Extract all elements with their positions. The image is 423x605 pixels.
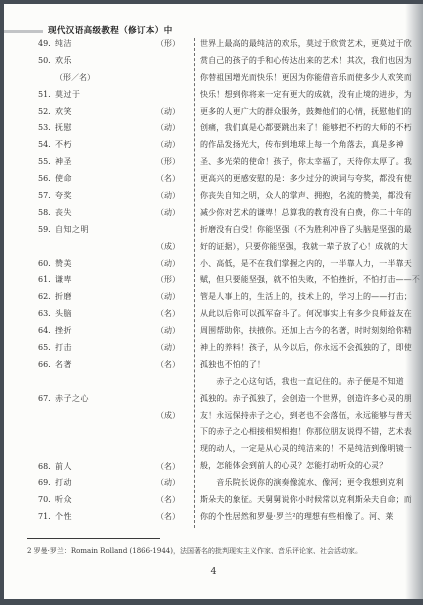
- vocab-item: 68. 前人 （名）: [38, 459, 180, 476]
- vocab-number: 51.: [38, 87, 55, 104]
- page-number: 4: [4, 566, 423, 577]
- vocab-number: 66.: [38, 357, 55, 374]
- vocab-word: 听众: [55, 492, 72, 509]
- vocab-number: 54.: [38, 137, 55, 154]
- text-line: 下的赤子之心相接相契相抱！你那位朋友说得不错，艺术表: [200, 424, 414, 441]
- vocab-pos: （名）: [156, 357, 180, 374]
- vocab-item: 53. 抚慰 （动）: [38, 120, 180, 137]
- vocab-number: 64.: [38, 323, 55, 340]
- vocab-item: 71. 个性 （名）: [38, 509, 180, 526]
- vocab-number: 67.: [38, 391, 55, 408]
- vocab-row: 52. 欢笑 （动）: [38, 104, 180, 121]
- vocab-item: 55. 神圣 （形）: [38, 154, 180, 171]
- text-line: 赤子之心这句话，我也一直记住的。赤子便是不知道: [200, 374, 414, 391]
- vocab-pos: （动）: [156, 205, 180, 222]
- vocab-word: 前人: [55, 459, 72, 476]
- vocab-number: 58.: [38, 205, 55, 222]
- vocab-row: 68. 前人 （名）: [38, 459, 180, 476]
- vocab-number: 71.: [38, 509, 55, 526]
- text-line: 赋，但只要能坚强，就不怕失败，不怕挫折，不怕打击——不: [200, 272, 414, 289]
- vocab-list: 49. 纯洁 （形） 50. 欢乐 （形／名）: [38, 36, 180, 526]
- vocab-pos: （名）: [156, 171, 180, 188]
- vocab-pos: （形）: [156, 154, 180, 171]
- vocab-word: 折磨: [55, 289, 72, 306]
- vocab-item: 69. 打动 （动）: [38, 475, 180, 492]
- text-line: 的作品发扬光大，传布到地球上每一个角落去，真是多神: [200, 137, 414, 154]
- vocab-word: 欢笑: [55, 104, 72, 121]
- vocab-word: 头脑: [55, 306, 72, 323]
- vocab-item: 63. 头脑 （名）: [38, 306, 180, 323]
- text-line: 你的个性居然和罗曼·罗兰²的理想有些相像了。河、莱: [200, 509, 414, 526]
- vocab-number: 60.: [38, 256, 55, 273]
- vocab-number: 61.: [38, 272, 55, 289]
- vocab-number: 53.: [38, 120, 55, 137]
- vocab-word: 欢乐: [55, 53, 72, 70]
- vocab-number: 49.: [38, 36, 55, 53]
- text-line: 周围帮助你，扶掖你。还加上古今的名著，时时刻刻给你精: [200, 323, 414, 340]
- vocab-row: 63. 头脑 （名）: [38, 306, 180, 323]
- vocab-item: 50. 欢乐 （形／名）: [38, 53, 180, 87]
- book-page: 现代汉语高级教程（修订本）中 49. 纯洁 （形） 50. 欢乐: [4, 4, 423, 599]
- vocab-pos: （名）: [156, 306, 180, 323]
- vocab-word: 丧失: [55, 205, 72, 222]
- vocab-word: 莫过于: [55, 87, 81, 104]
- vocab-item: 60. 赞美 （动）: [38, 256, 180, 273]
- vocab-pos: （动）: [156, 104, 180, 121]
- vocab-item: 52. 欢笑 （动）: [38, 104, 180, 121]
- book-title-header: 现代汉语高级教程（修订本）中: [48, 24, 173, 36]
- vocab-item: 59. 自知之明 （成）: [38, 222, 180, 256]
- vocab-row: 54. 不朽 （动）: [38, 137, 180, 154]
- text-line: 孤独的。赤子孤独了，会创造一个世界，创造许多心灵的朋: [200, 391, 414, 408]
- vocab-row: 66. 名著 （名）: [38, 357, 180, 374]
- vocab-pos: （动）: [156, 120, 180, 137]
- vocab-item: 58. 丧失 （动）: [38, 205, 180, 222]
- vocab-pos-subline: （成）: [38, 239, 180, 256]
- vocab-row: 65. 打击 （动）: [38, 340, 180, 357]
- vocab-row: 64. 挫折 （动）: [38, 323, 180, 340]
- vocab-pos: （动）: [156, 289, 180, 306]
- column-divider-dashed-line: [194, 38, 195, 528]
- vocab-word: 打动: [55, 475, 72, 492]
- vocab-word: 使命: [55, 171, 72, 188]
- book-scan-screen: 现代汉语高级教程（修订本）中 49. 纯洁 （形） 50. 欢乐: [0, 0, 423, 605]
- vocab-word: 神圣: [55, 154, 72, 171]
- text-line: 孤独也不怕的了！: [200, 357, 414, 374]
- vocab-number: 59.: [38, 222, 55, 239]
- text-line: 快乐！想到你将来一定有更大的成就，没有止境的进步，为: [200, 87, 414, 104]
- vocab-row: 51. 莫过于: [38, 87, 180, 104]
- vocab-row: 49. 纯洁 （形）: [38, 36, 180, 53]
- vocab-number: 62.: [38, 289, 55, 306]
- vocab-number: 57.: [38, 188, 55, 205]
- text-line: 斯朵夫的象征。天舅舅说你小时候常以克利斯朵夫自命；而: [200, 492, 414, 509]
- vocab-row: 67. 赤子之心: [38, 391, 180, 408]
- text-line: 小、高低，是不在我们掌握之内的，一半靠人力，一半靠天: [200, 256, 414, 273]
- vocab-pos-subline: （形／名）: [38, 70, 180, 87]
- vocab-row: 50. 欢乐: [38, 53, 180, 70]
- vocab-number: 50.: [38, 53, 55, 70]
- vocab-row: 71. 个性 （名）: [38, 509, 180, 526]
- footnote: 2 罗曼·罗兰：Romain Rolland (1866-1944)，法国著名的…: [27, 546, 413, 557]
- vocab-row: 62. 折磨 （动）: [38, 289, 180, 306]
- vocab-item: 66. 名著 （名）: [38, 357, 180, 374]
- text-line: 更高兴的更感安慰的是：多少过分的谀词与夸奖，都没有使: [200, 171, 414, 188]
- vocab-pos: （动）: [156, 137, 180, 154]
- vocab-pos: （名）: [156, 509, 180, 526]
- vocab-row: 70. 听众 （名）: [38, 492, 180, 509]
- vocab-row: 61. 谦卑 （形）: [38, 272, 180, 289]
- vocab-number: 52.: [38, 104, 55, 121]
- vocab-number: 70.: [38, 492, 55, 509]
- vocab-word: 抚慰: [55, 120, 72, 137]
- vocab-row: 55. 神圣 （形）: [38, 154, 180, 171]
- vocab-pos: （形）: [156, 272, 180, 289]
- vocab-pos: （名）: [156, 492, 180, 509]
- vocab-pos: （动）: [156, 188, 180, 205]
- vocab-word: 个性: [55, 509, 72, 526]
- text-line: 你替祖国增光而快乐！更因为你能借音乐而使多少人欢笑而: [200, 70, 414, 87]
- vocab-item: 61. 谦卑 （形）: [38, 272, 180, 289]
- text-line: 世界上最高的最纯洁的欢乐，莫过于欣赏艺术，更莫过于欣: [200, 36, 414, 53]
- vocab-number: 63.: [38, 306, 55, 323]
- vocab-item: 62. 折磨 （动）: [38, 289, 180, 306]
- vocab-row: 53. 抚慰 （动）: [38, 120, 180, 137]
- vocab-word: 谦卑: [55, 272, 72, 289]
- vocab-item: 70. 听众 （名）: [38, 492, 180, 509]
- footnote-rule: [27, 538, 160, 539]
- vocab-word: 名著: [55, 357, 72, 374]
- text-line: 好的证据），只要你能坚强，我就一辈子放了心！成就的大: [200, 239, 414, 256]
- vocab-row: 59. 自知之明: [38, 222, 180, 239]
- vocab-pos: （名）: [156, 459, 180, 476]
- vocab-item: 49. 纯洁 （形）: [38, 36, 180, 53]
- text-line: 创痛，我们真是心都要跳出来了！能够把不朽的大师的不朽: [200, 120, 414, 137]
- vocab-number: 69.: [38, 475, 55, 492]
- vocab-pos: （动）: [156, 475, 180, 492]
- text-line: 圣、多光荣的使命！孩子，你太幸福了，天待你太厚了。我: [200, 154, 414, 171]
- text-line: 减少你对艺术的谦卑！总算我的教育没有白费，你二十年的: [200, 205, 414, 222]
- header-rule: [4, 30, 43, 33]
- text-line: 般，怎能体会到前人的心灵？怎能打动听众的心灵？: [200, 458, 414, 475]
- vocab-word: 打击: [55, 340, 72, 357]
- text-line: 从此以后你可以孤军奋斗了。何况事实上有多少良师益友在: [200, 306, 414, 323]
- vocab-pos-subline: （成）: [38, 408, 180, 425]
- vocab-pos: （动）: [156, 340, 180, 357]
- vocab-number: 55.: [38, 154, 55, 171]
- main-text-column: 世界上最高的最纯洁的欢乐，莫过于欣赏艺术，更莫过于欣 赏自己的孩子的手和心传达出…: [200, 36, 414, 526]
- vocab-row: 60. 赞美 （动）: [38, 256, 180, 273]
- vocab-pos: （动）: [156, 256, 180, 273]
- vocab-row: 69. 打动 （动）: [38, 475, 180, 492]
- vocab-item: 51. 莫过于: [38, 87, 180, 104]
- vocab-row: 57. 夸奖 （动）: [38, 188, 180, 205]
- text-line: 更多的人更广大的群众服务，鼓舞他们的心情，抚慰他们的: [200, 104, 414, 121]
- vocab-word: 不朽: [55, 137, 72, 154]
- vocab-word: 赤子之心: [55, 391, 89, 408]
- vocab-row: 56. 使命 （名）: [38, 171, 180, 188]
- vocab-pos: （动）: [156, 323, 180, 340]
- text-line: 赏自己的孩子的手和心传达出来的艺术！其次，我们也因为: [200, 53, 414, 70]
- text-line: 折磨没有白受！你能坚强（不为胜利冲昏了头脑是坚强的最: [200, 222, 414, 239]
- text-line: 你丧失自知之明，众人的掌声、拥抱，名流的赞美，都没有: [200, 188, 414, 205]
- vocab-row: 58. 丧失 （动）: [38, 205, 180, 222]
- vocab-item: 65. 打击 （动）: [38, 340, 180, 357]
- vocab-item: 64. 挫折 （动）: [38, 323, 180, 340]
- vocab-item: 67. 赤子之心 （成）: [38, 391, 180, 425]
- vocab-word: 纯洁: [55, 36, 72, 53]
- vocab-number: 65.: [38, 340, 55, 357]
- text-line: 管是人事上的，生活上的，技术上的，学习上的——打击；: [200, 289, 414, 306]
- text-line: 神上的养料！孩子，从今以后，你永远不会孤独的了，即使: [200, 340, 414, 357]
- vocab-word: 自知之明: [55, 222, 89, 239]
- vocab-pos: （形）: [156, 36, 180, 53]
- vocab-number: 56.: [38, 171, 55, 188]
- vocab-word: 挫折: [55, 323, 72, 340]
- text-line: 友！永远保持赤子之心，到老也不会落伍，永远能够与普天: [200, 408, 414, 425]
- vocab-item: 54. 不朽 （动）: [38, 137, 180, 154]
- vocab-item: 56. 使命 （名）: [38, 171, 180, 188]
- vocab-word: 夸奖: [55, 188, 72, 205]
- text-line: 现的动人，一定是从心灵的纯洁来的！不是纯洁到像明镜一: [200, 441, 414, 458]
- text-line: 音乐院长说你的演奏像流水、像河；更令我想到克利: [200, 475, 414, 492]
- vocab-item: 57. 夸奖 （动）: [38, 188, 180, 205]
- vocab-word: 赞美: [55, 256, 72, 273]
- vocab-number: 68.: [38, 459, 55, 476]
